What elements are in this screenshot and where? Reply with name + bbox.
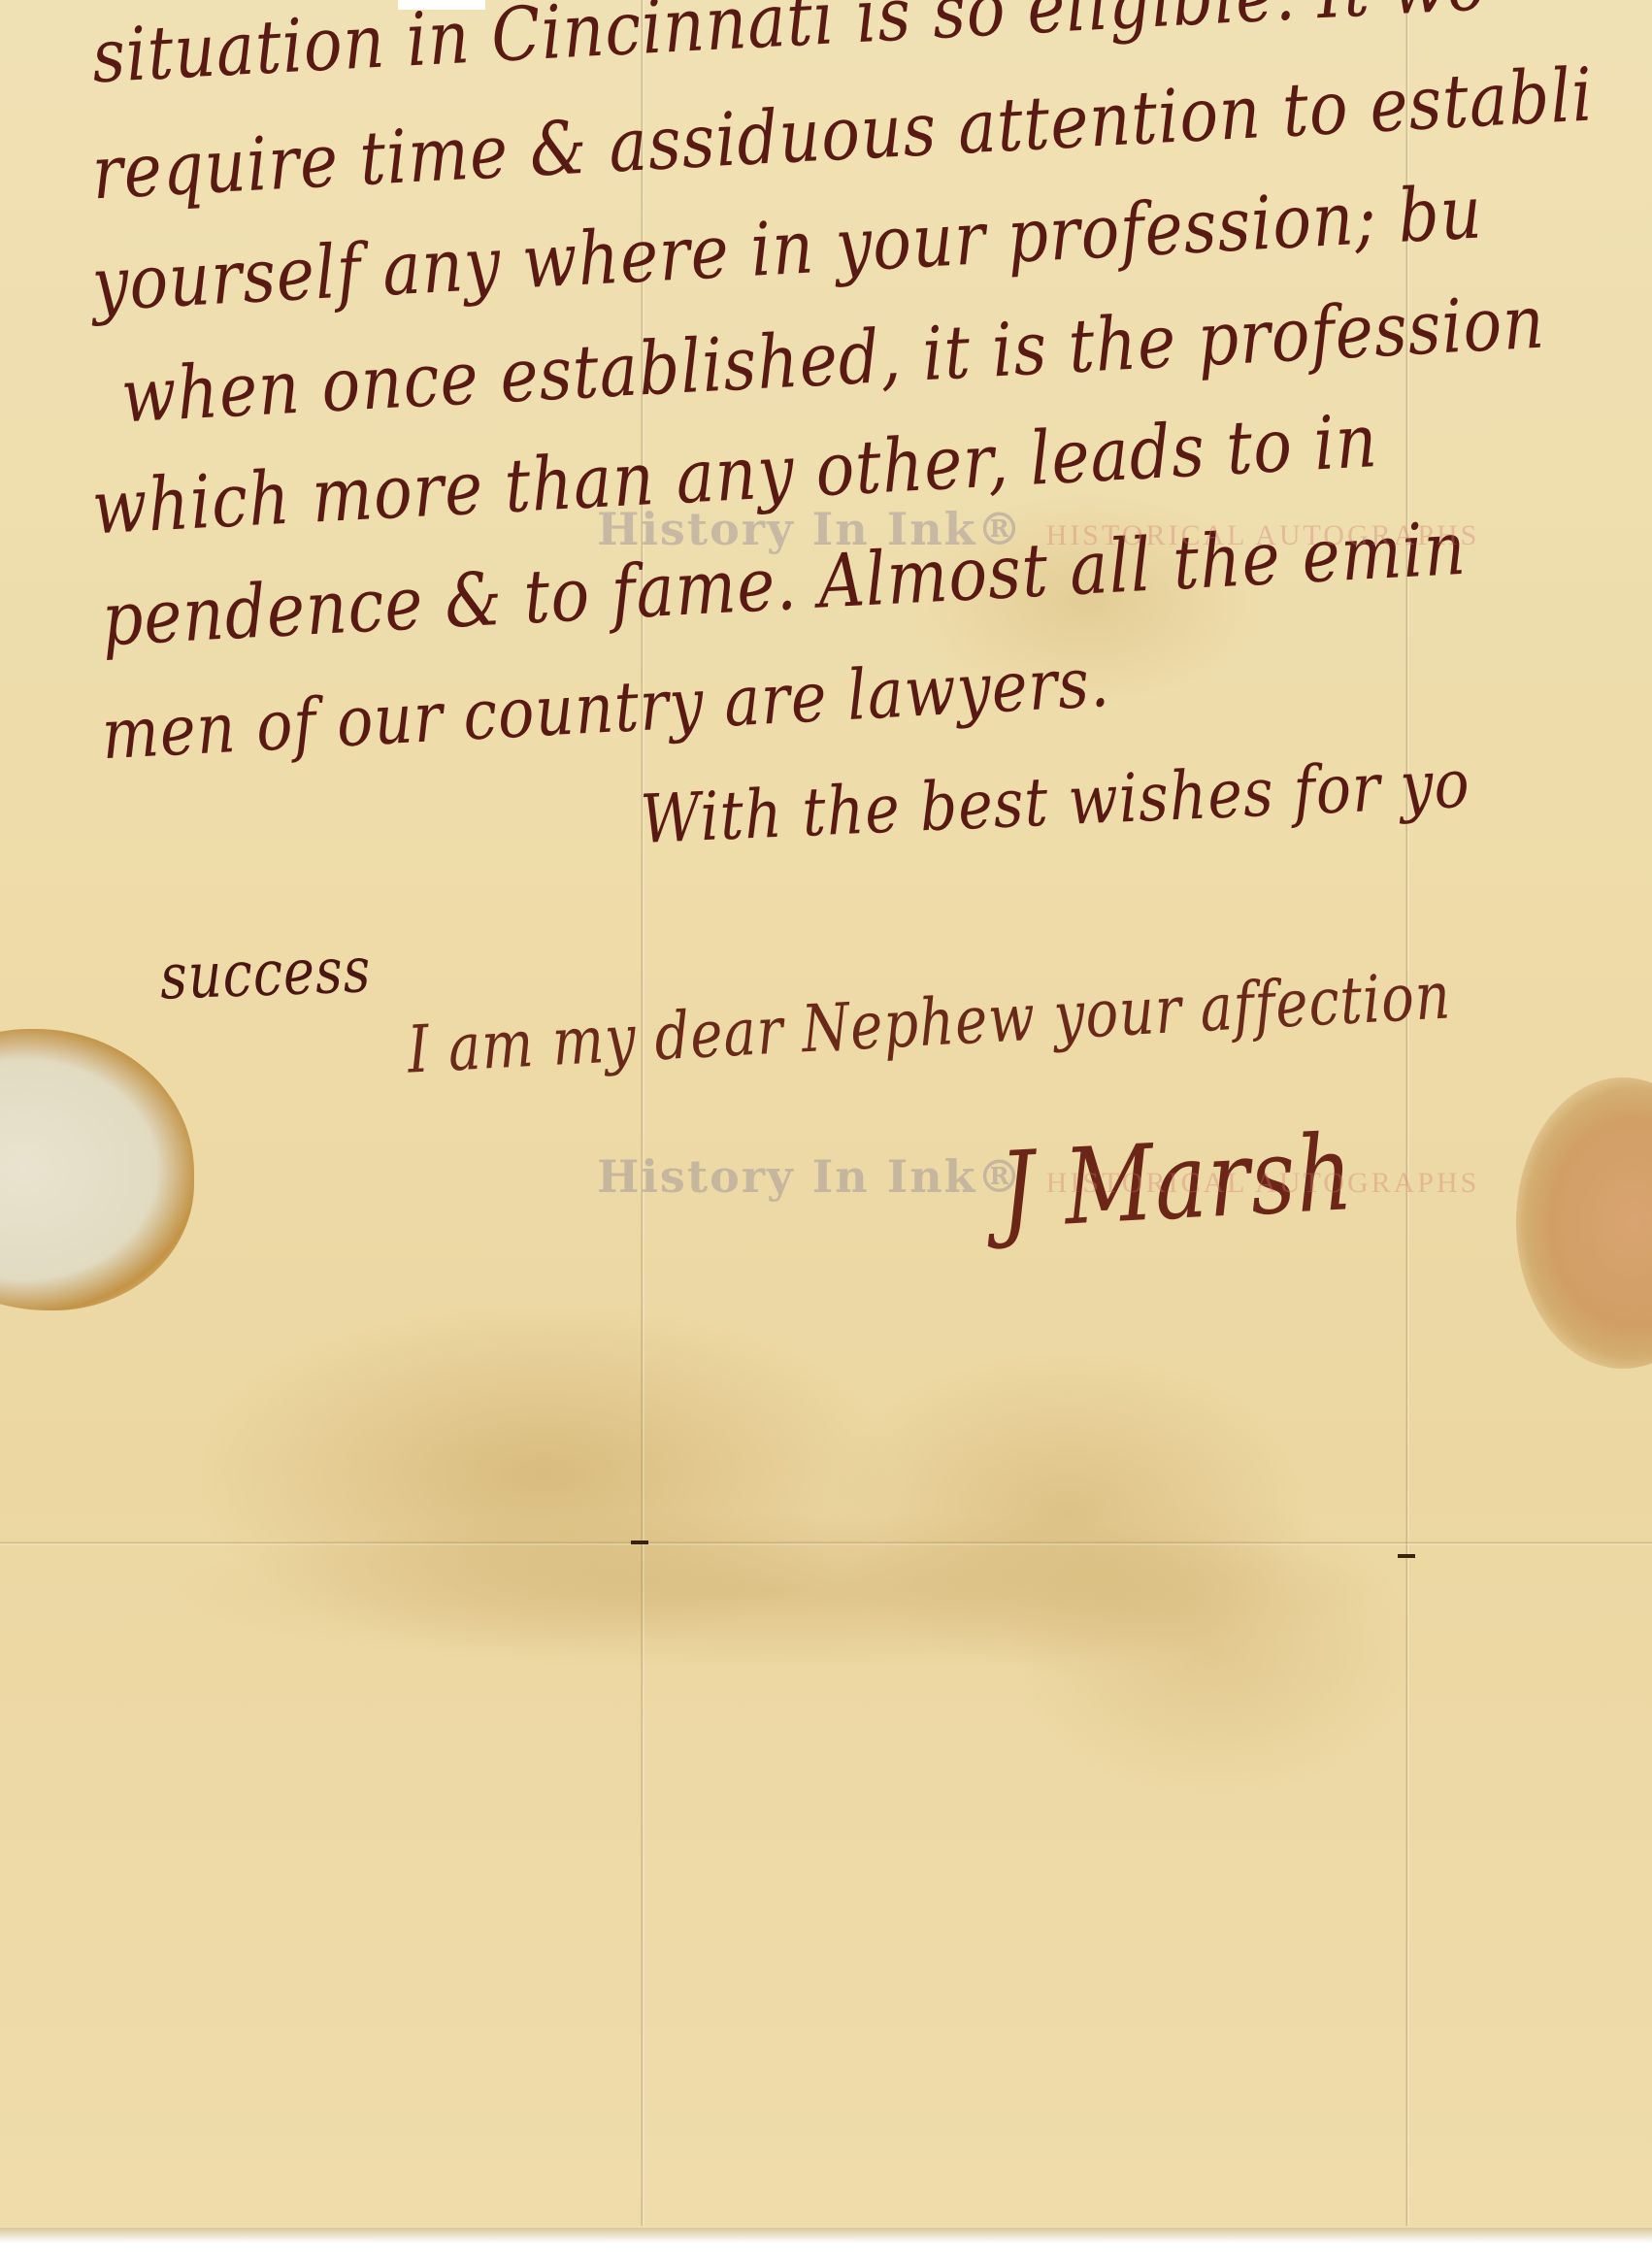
ink-mark bbox=[1398, 1554, 1415, 1558]
valediction: I am my dear Nephew your affection bbox=[406, 958, 1453, 1088]
seal-stain-left bbox=[0, 1029, 194, 1310]
fold-crease-horizontal bbox=[0, 1541, 1652, 1545]
letter-page: situation in Cincinnati is so eligible. … bbox=[0, 0, 1652, 2253]
torn-edge-bottom bbox=[0, 2228, 1652, 2253]
handwritten-line: With the best wishes for yo bbox=[639, 745, 1471, 859]
ink-mark bbox=[631, 1541, 648, 1544]
watermark-primary: History In Ink® bbox=[597, 1150, 1024, 1203]
handwritten-line: men of our country are lawyers. bbox=[100, 641, 1112, 775]
closing-word: success bbox=[159, 933, 373, 1013]
signature: J Marsh bbox=[997, 1112, 1357, 1253]
seal-stain-right bbox=[1516, 1077, 1652, 1369]
